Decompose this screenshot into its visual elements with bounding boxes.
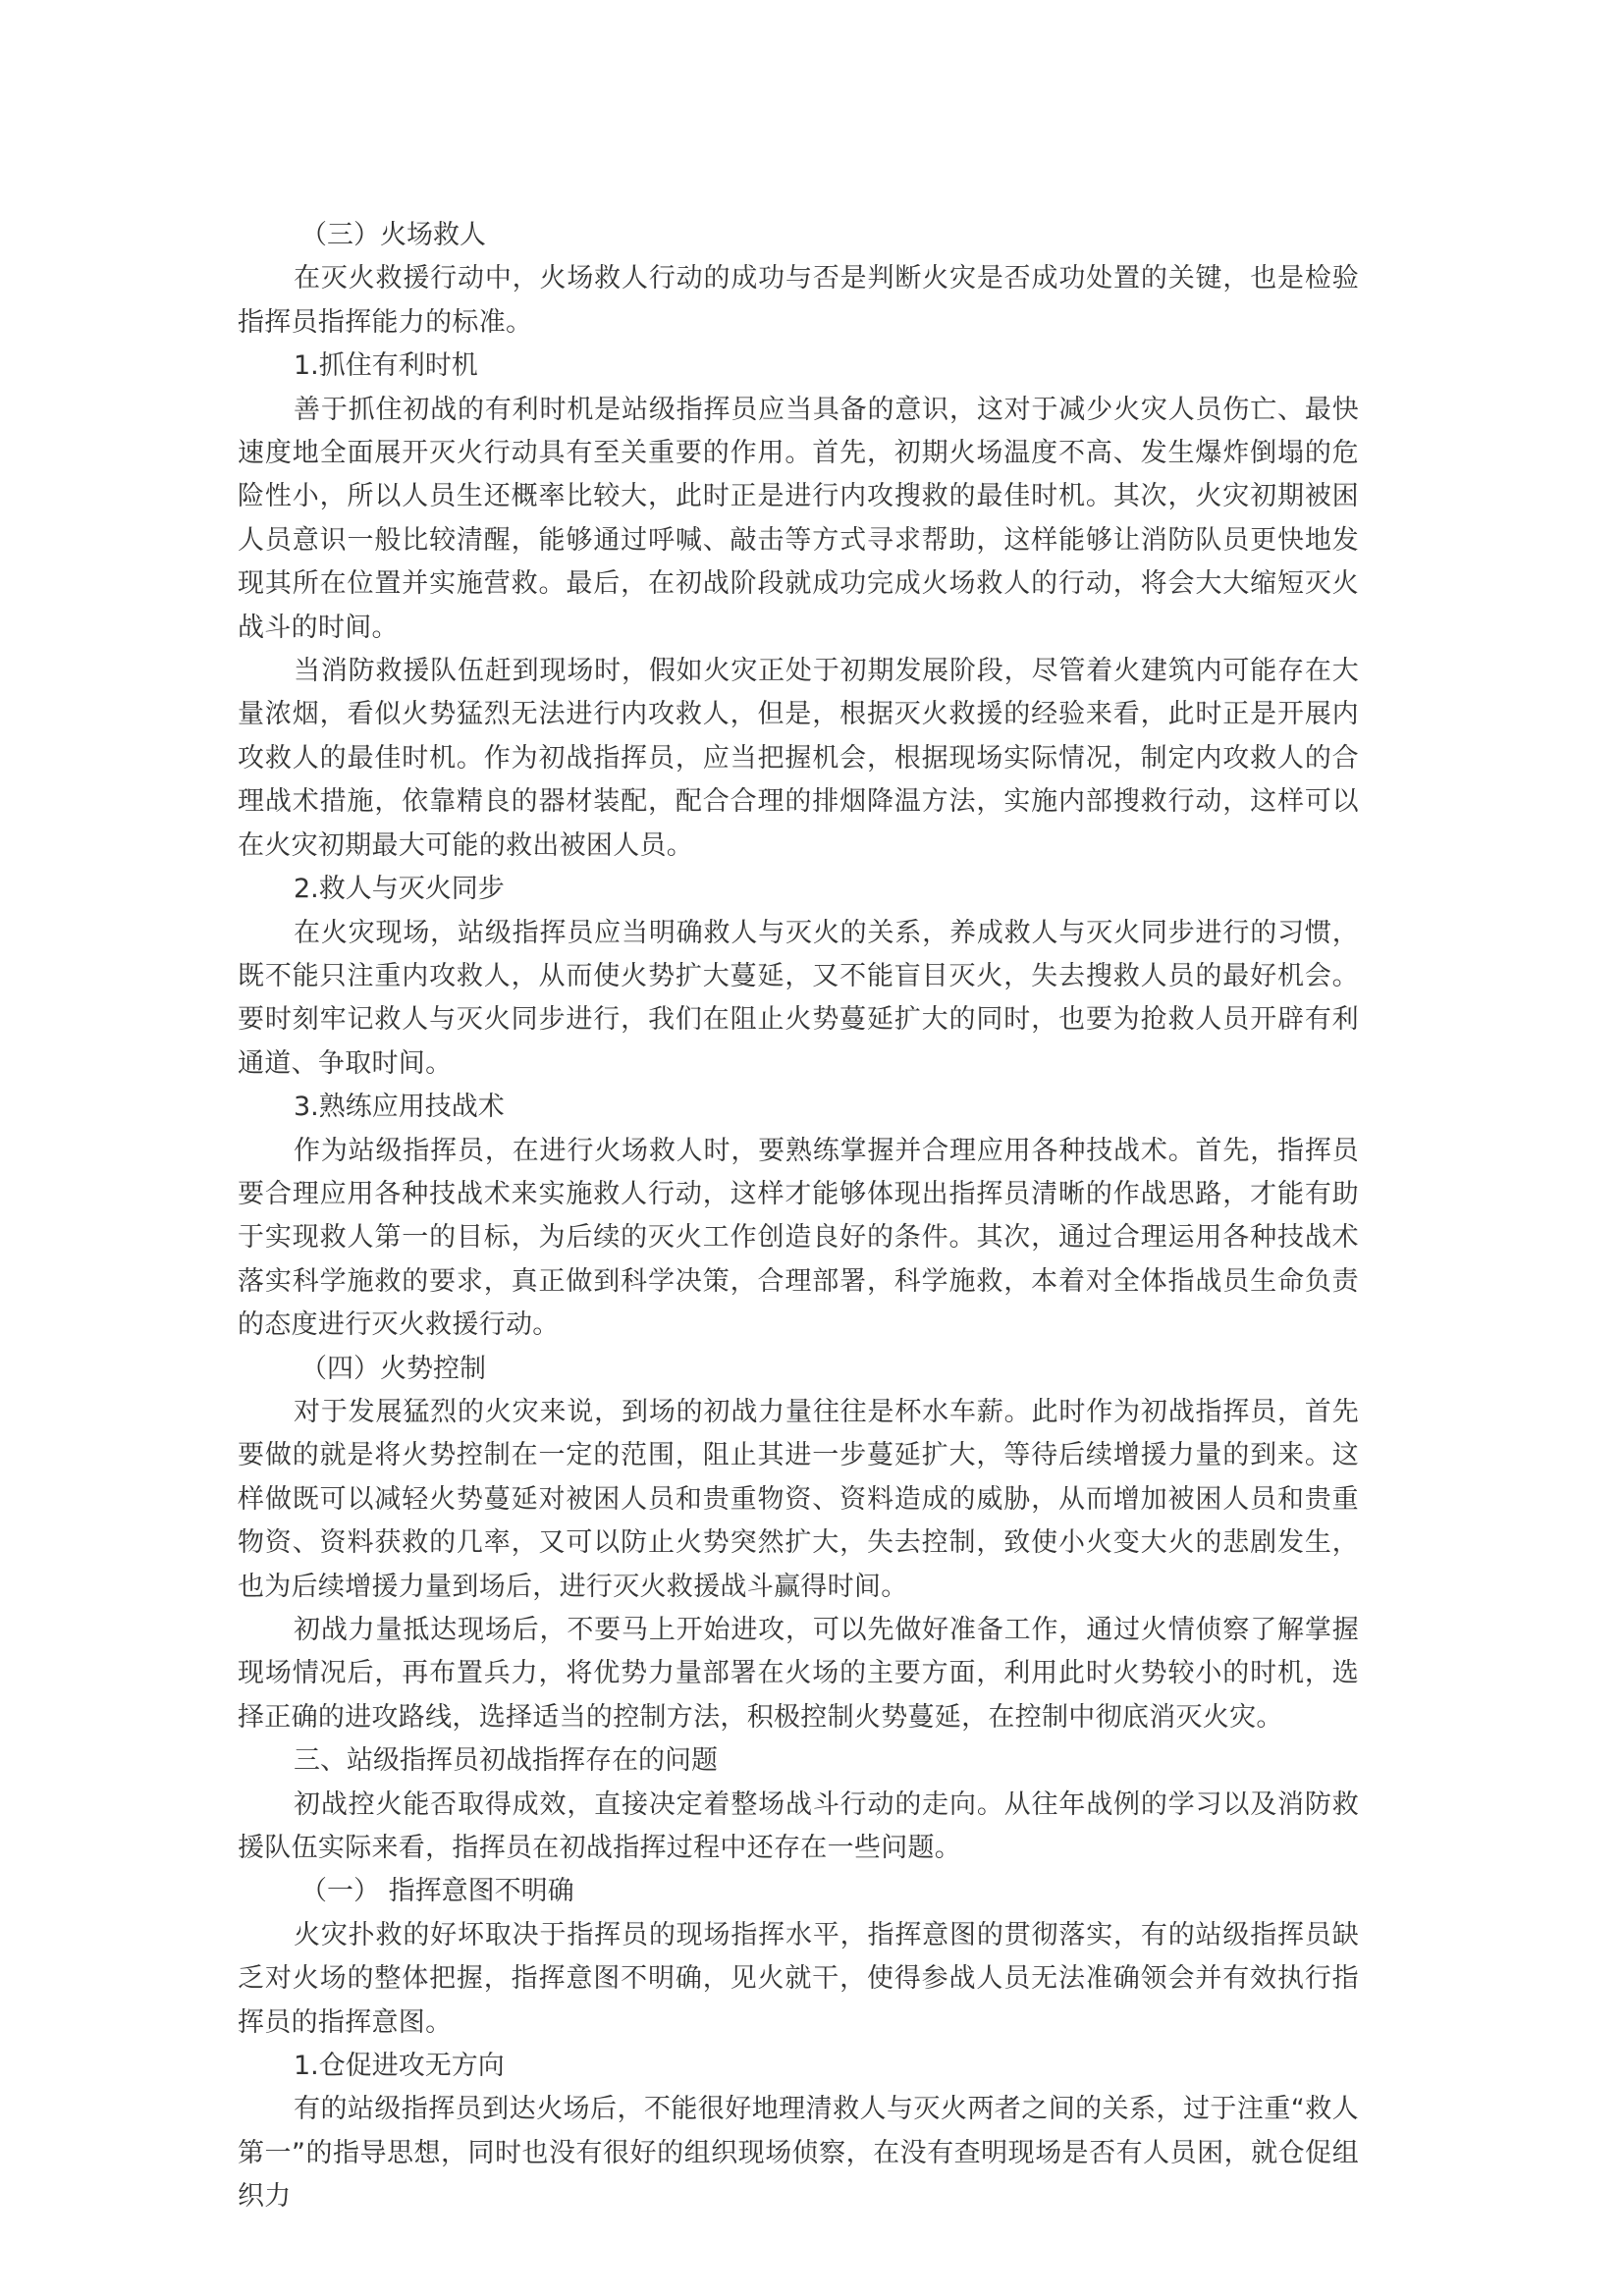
paragraph: 在火灾现场，站级指挥员应当明确救人与灭火的关系，养成救人与灭火同步进行的习惯，既… <box>238 912 1359 1087</box>
section-heading-rescue: （三）火场救人 <box>238 214 1359 257</box>
subheading-hasty-attack: 1.仓促进攻无方向 <box>238 2045 1359 2088</box>
paragraph: 善于抓住初战的有利时机是站级指挥员应当具备的意识，这对于减少火灾人员伤亡、最快速… <box>238 389 1359 650</box>
paragraph: 对于发展猛烈的火灾来说，到场的初战力量往往是杯水车薪。此时作为初战指挥员，首先要… <box>238 1391 1359 1609</box>
section-heading-fire-control: （四）火势控制 <box>238 1348 1359 1391</box>
paragraph: 有的站级指挥员到达火场后，不能很好地理清救人与灭火两者之间的关系，过于注重“救人… <box>238 2088 1359 2218</box>
chapter-heading-problems: 三、站级指挥员初战指挥存在的问题 <box>238 1739 1359 1783</box>
paragraph: 在灭火救援行动中，火场救人行动的成功与否是判断火灾是否成功处置的关键，也是检验指… <box>238 257 1359 345</box>
subheading-rescue-and-extinguish: 2.救人与灭火同步 <box>238 868 1359 911</box>
paragraph: 当消防救援队伍赶到现场时，假如火灾正处于初期发展阶段，尽管着火建筑内可能存在大量… <box>238 650 1359 868</box>
subheading-tactics: 3.熟练应用技战术 <box>238 1086 1359 1129</box>
paragraph: 火灾扑救的好坏取决于指挥员的现场指挥水平，指挥意图的贯彻落实，有的站级指挥员缺乏… <box>238 1914 1359 2045</box>
document-page: （三）火场救人 在灭火救援行动中，火场救人行动的成功与否是判断火灾是否成功处置的… <box>238 214 1359 2219</box>
section-heading-unclear-intent: （一） 指挥意图不明确 <box>238 1870 1359 1913</box>
subheading-seize-opportunity: 1.抓住有利时机 <box>238 345 1359 388</box>
paragraph: 初战控火能否取得成效，直接决定着整场战斗行动的走向。从往年战例的学习以及消防救援… <box>238 1784 1359 1871</box>
paragraph: 初战力量抵达现场后，不要马上开始进攻，可以先做好准备工作，通过火情侦察了解掌握现… <box>238 1609 1359 1739</box>
paragraph: 作为站级指挥员，在进行火场救人时，要熟练掌握并合理应用各种技战术。首先，指挥员要… <box>238 1130 1359 1348</box>
